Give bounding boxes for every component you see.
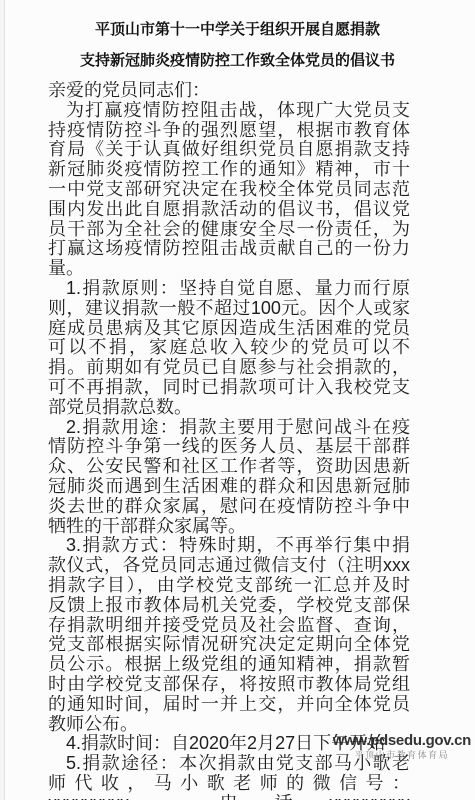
body-line: 2.捐款用途：捐款主要用于慰问战斗在疫: [48, 418, 410, 438]
body-line: 冠肺炎而遇到生活困难的群众和因患新冠肺: [48, 477, 410, 497]
body-line: 党支部根据实际情况研究决定定期向全体党: [48, 635, 410, 655]
body-line: 员公示。根据上级党组的通知精神，捐款暂: [48, 655, 410, 675]
body-line: 可以不捐，家庭总收入较少的党员可以不: [48, 338, 410, 358]
body-line: 一中党支部研究决定在我校全体党员同志范: [48, 180, 410, 200]
body-line: 新冠肺炎疫情防控工作的通知》精神，市十: [48, 160, 410, 180]
body-line: 炎去世的群众家属，慰问在疫情防控斗争中: [48, 497, 410, 517]
body-line: 众、公安民警和社区工作者等，资助因患新: [48, 457, 410, 477]
body-line: 捐。前期如有党员已自愿参与社会捐款的，: [48, 358, 410, 378]
body-line: 教师公布。: [48, 715, 410, 735]
body-line: 为打赢疫情防控阻击战，体现广大党员支: [48, 101, 410, 121]
body-line: 师代收，马小歌老师的微信号：: [48, 774, 410, 794]
document-title-line-2: 支持新冠肺炎疫情防控工作致全体党员的倡议书: [0, 52, 475, 70]
body-line: 存捐款明细并接受党员及社会监督、查询，: [48, 616, 410, 636]
body-line: 部党员捐款总数。: [48, 398, 410, 418]
body-line: 持疫情防控斗争的强烈愿望，根据市教育体: [48, 121, 410, 141]
document-page: { "page": { "background": "#fcfcfc", "te…: [0, 0, 475, 800]
body-line: 3.捐款方式：特殊时期，不再举行集中捐: [48, 536, 410, 556]
body-line: 庭成员患病及其它原因造成生活困难的党员: [48, 319, 410, 339]
body-line: 量。: [48, 259, 410, 279]
body-line: 可不再捐款，同时已捐款项可计入我校党支: [48, 378, 410, 398]
body-line: 1.捐款原则：坚持自觉自愿、量力而行原: [48, 279, 410, 299]
document-body: 亲爱的党员同志们：为打赢疫情防控阻击战，体现广大党员支持疫情防控斗争的强烈愿望，…: [48, 81, 410, 800]
body-line: 时由学校党支部保存，将按照市教体局党组: [48, 675, 410, 695]
document-title-line-1: 平顶山市第十一中学关于组织开展自愿捐款: [0, 0, 475, 39]
body-line: 款仪式，各党员同志通过微信支付（注明xxx: [48, 556, 410, 576]
body-line: 亲爱的党员同志们：: [48, 81, 410, 101]
body-line: 则，建议捐款一般不超过100元。因个人或家: [48, 299, 410, 319]
body-line: 反馈上报市教体局机关党委，学校党支部保: [48, 596, 410, 616]
body-line: 育局《关于认真做好组织党员自愿捐款支持: [48, 140, 410, 160]
body-line: 情防控斗争第一线的医务人员、基层干部群: [48, 437, 410, 457]
page-left-edge: [0, 0, 5, 800]
body-line: 4.捐款时间：自2020年2月27日下午开始: [48, 734, 410, 754]
body-line: 牺牲的干部群众家属等。: [48, 517, 410, 537]
body-line: 员干部为全社会的健康安全尽一份责任，为: [48, 220, 410, 240]
body-line: 捐款字目），由学校党支部统一汇总并及时: [48, 576, 410, 596]
body-line: 打赢这场疫情防控阻击战贡献自己的一份力: [48, 239, 410, 259]
body-line: 5.捐款途径：本次捐款由党支部马小歌老: [48, 754, 410, 774]
body-line: 的通知时间，届时一并上交，并向全体党员: [48, 695, 410, 715]
body-line-clipped: xxxxxxxxx，电话xxxxxxxxx: [48, 794, 410, 800]
body-line: 围内发出此自愿捐款活动的倡议书，倡议党: [48, 200, 410, 220]
